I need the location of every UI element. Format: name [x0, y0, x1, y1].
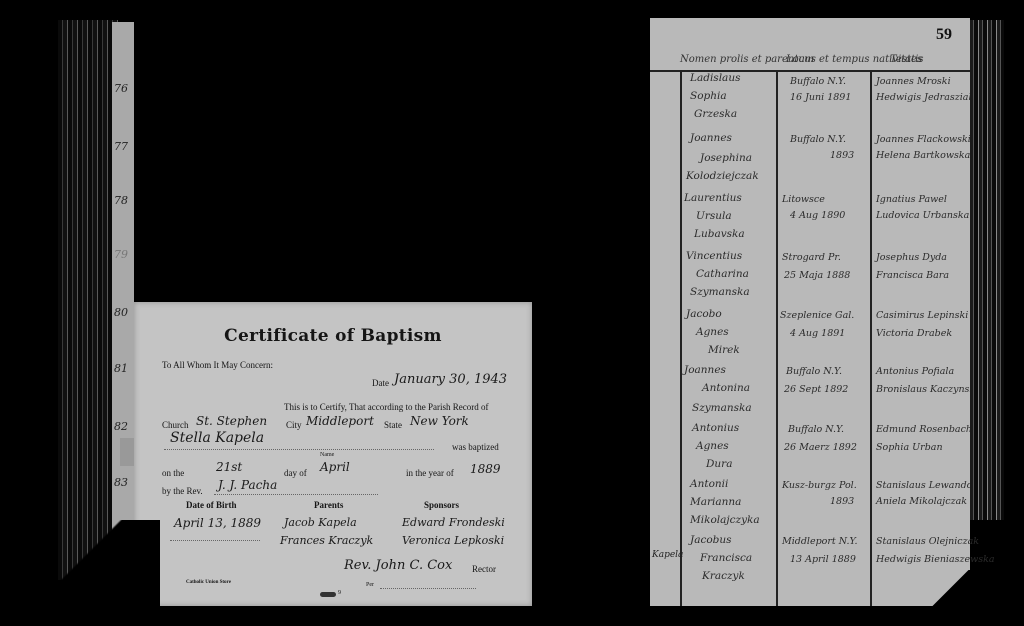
birth-line: [170, 540, 260, 541]
parent-father: Jacob Kapela: [284, 516, 357, 529]
sponsor-1: Edward Frondeski: [402, 516, 505, 529]
birth-place: Buffalo N.Y.: [790, 76, 846, 87]
surname: Mirek: [708, 344, 740, 356]
child-name: Joannes: [690, 132, 732, 144]
column-rule: [680, 70, 682, 606]
surname: Dura: [706, 458, 732, 470]
parent-mother: Frances Kraczyk: [280, 534, 373, 547]
birth-place: Buffalo N.Y.: [790, 134, 846, 145]
baptized-name: Stella Kapela: [170, 430, 264, 446]
sponsor: Josephus Dyda: [876, 252, 947, 263]
entry-number: 82: [114, 420, 128, 433]
column-rule: [776, 70, 778, 606]
parent-name: Sophia: [690, 90, 727, 102]
per-line: [380, 588, 476, 589]
margin-note: Kapela: [652, 550, 683, 560]
surname: Szymanska: [690, 286, 750, 298]
city-label: City: [286, 420, 302, 430]
entry-number: 81: [114, 362, 128, 375]
certify-text: This is to Certify, That according to th…: [284, 402, 488, 412]
surname: Kolodziejczak: [686, 170, 759, 182]
birth-place: Buffalo N.Y.: [788, 424, 844, 435]
parents-header: Parents: [314, 500, 343, 510]
parent-name: Agnes: [696, 326, 729, 338]
rev-label: by the Rev.: [162, 486, 203, 496]
birth-place: Strogard Pr.: [782, 252, 841, 263]
sponsor: Edmund Rosenbach: [876, 424, 972, 435]
baptism-certificate: Certificate of Baptism To All Whom It Ma…: [134, 302, 532, 606]
sponsor: Joannes Mroski: [876, 76, 951, 87]
birth-date: 1893: [830, 496, 854, 507]
sponsor: Antonius Pofiala: [876, 366, 954, 377]
sponsor: Stanislaus Olejniczak: [876, 536, 979, 547]
parent-name: Josephina: [700, 152, 752, 164]
year-label: in the year of: [406, 468, 454, 478]
sponsor: Victoria Drabek: [876, 328, 952, 339]
sponsor: Bronislaus Kaczynski: [876, 384, 978, 395]
birth-date: 4 Aug 1891: [790, 328, 845, 339]
birth-date: 26 Maerz 1892: [784, 442, 857, 453]
church-value: St. Stephen: [196, 414, 267, 428]
surname: Szymanska: [692, 402, 752, 414]
parent-name: Antonina: [702, 382, 750, 394]
baptized-label: was baptized: [452, 442, 499, 452]
parent-name: Catharina: [696, 268, 749, 280]
parent-name: Francisca: [700, 552, 752, 564]
sponsor-2: Veronica Lepkoski: [402, 534, 504, 547]
church-label: Church: [162, 420, 189, 430]
name-caption: Name: [320, 452, 334, 458]
column-rule: [870, 70, 872, 606]
register-page: 59 Nomen prolis et parentum Locus et tem…: [650, 18, 970, 606]
birth-place: Buffalo N.Y.: [786, 366, 842, 377]
sponsor: Helena Bartkowska: [876, 150, 970, 161]
sponsors-header: Sponsors: [424, 500, 459, 510]
right-page-stack: [970, 20, 1004, 520]
entry-number: 78: [114, 194, 128, 207]
child-name: Laurentius: [684, 192, 742, 204]
date-value: January 30, 1943: [394, 372, 507, 387]
rector-signature: Rev. John C. Cox: [344, 558, 452, 573]
date-label: Date: [372, 378, 389, 388]
state-label: State: [384, 420, 402, 430]
page-corner-fold: [918, 570, 978, 610]
form-number: 9: [338, 590, 341, 596]
name-line: [164, 449, 434, 450]
birth-date: 13 April 1889: [790, 554, 856, 565]
entry-number: 76: [114, 82, 128, 95]
entry-number: 79: [114, 248, 128, 261]
sponsor: Ludovica Urbanska: [876, 210, 969, 221]
rector-label: Rector: [472, 564, 496, 574]
sponsor: Casimirus Lepinski: [876, 310, 968, 321]
month-value: April: [320, 460, 350, 474]
parent-name: Marianna: [690, 496, 741, 508]
salutation: To All Whom It May Concern:: [162, 360, 273, 370]
tape-mark: [120, 438, 134, 466]
union-label-icon: [320, 592, 336, 597]
child-name: Ladislaus: [690, 72, 740, 84]
column-header-sponsors: Testes: [890, 54, 922, 65]
birth-header: Date of Birth: [186, 500, 237, 510]
state-value: New York: [410, 414, 469, 428]
birth-date: 16 Juni 1891: [790, 92, 851, 103]
sponsor: Hedwigis Bieniaszewska: [876, 554, 995, 565]
child-name: Vincentius: [686, 250, 742, 262]
publisher: Catholic Union Store: [186, 580, 231, 585]
child-name: Joannes: [684, 364, 726, 376]
corner-shadow: [0, 520, 160, 626]
city-value: Middleport: [306, 414, 374, 428]
child-name: Antonius: [692, 422, 739, 434]
entry-number: 77: [114, 140, 128, 153]
left-page-stack: [58, 20, 118, 580]
entry-number: 83: [114, 476, 128, 489]
entry-number: 80: [114, 306, 128, 319]
per-label: Per: [366, 582, 374, 588]
birth-date: April 13, 1889: [174, 516, 261, 530]
birth-date: 1893: [830, 150, 854, 161]
sponsor: Sophia Urban: [876, 442, 943, 453]
on-the-label: on the: [162, 468, 184, 478]
sponsor: Joannes Flackowski: [876, 134, 971, 145]
surname: Grzeska: [694, 108, 737, 120]
sponsor: Hedwigis Jedrasziak: [876, 92, 974, 103]
child-name: Jacobus: [690, 534, 732, 546]
page-number: 59: [936, 26, 952, 44]
day-of-label: day of: [284, 468, 307, 478]
parent-name: Agnes: [696, 440, 729, 452]
rev-value: J. J. Pacha: [218, 478, 277, 492]
surname: Kraczyk: [702, 570, 745, 582]
birth-place: Litowsce: [782, 194, 825, 205]
birth-place: Szeplenice Gal.: [780, 310, 854, 321]
sponsor: Ignatius Pawel: [876, 194, 947, 205]
sponsor: Aniela Mikolajczak: [876, 496, 967, 507]
sponsor: Francisca Bara: [876, 270, 949, 281]
child-name: Antonii: [690, 478, 728, 490]
left-page-margin: 76 77 78 79 80 81 82 83 84: [112, 22, 134, 592]
birth-date: 4 Aug 1890: [790, 210, 845, 221]
parent-name: Ursula: [696, 210, 732, 222]
surname: Mikolajczyka: [690, 514, 760, 526]
birth-place: Kusz-burgz Pol.: [782, 480, 857, 491]
birth-date: 26 Sept 1892: [784, 384, 848, 395]
day-value: 21st: [216, 460, 242, 474]
surname: Lubavska: [694, 228, 745, 240]
birth-place: Middleport N.Y.: [782, 536, 858, 547]
child-name: Jacobo: [686, 308, 722, 320]
rev-line: [214, 494, 378, 495]
birth-date: 25 Maja 1888: [784, 270, 850, 281]
year-value: 1889: [470, 462, 501, 476]
certificate-title: Certificate of Baptism: [134, 326, 532, 346]
